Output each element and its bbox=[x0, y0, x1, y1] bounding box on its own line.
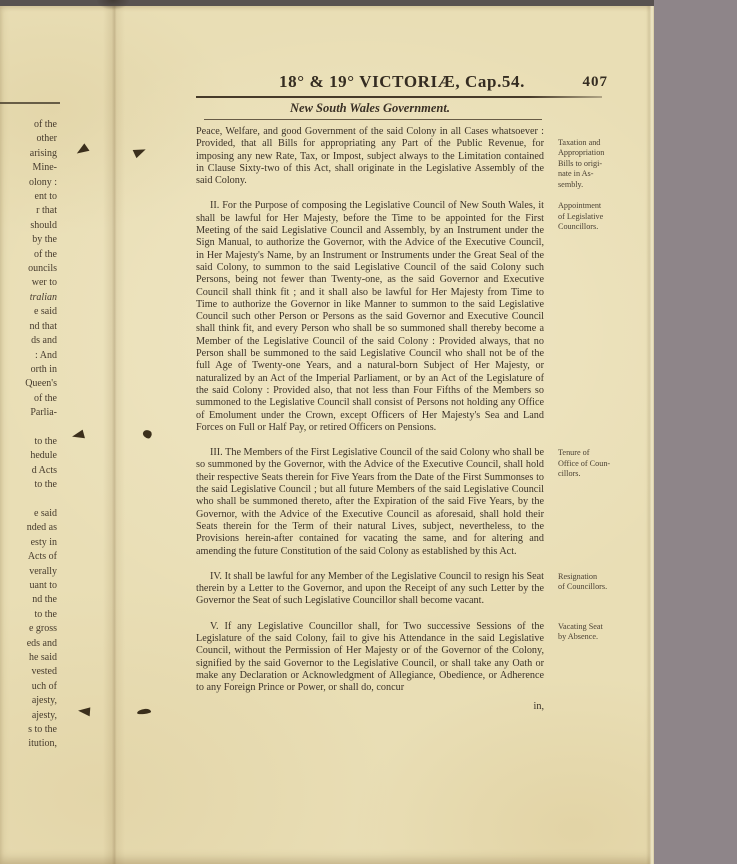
fragment-line: olony : bbox=[0, 176, 57, 190]
fragment-line: ent to bbox=[0, 190, 57, 204]
fragment-line: ajesty, bbox=[0, 694, 57, 708]
page-content: 18° & 19° VICTORIÆ, Cap.54. 407 New Sout… bbox=[196, 72, 650, 712]
fragment-line: he said bbox=[0, 651, 57, 665]
fragment-line: nd that bbox=[0, 320, 57, 334]
fragment-line: uch of bbox=[0, 680, 57, 694]
fragment-line: esty in bbox=[0, 536, 57, 550]
fragment-line: eds and bbox=[0, 637, 57, 651]
subtitle-rule bbox=[204, 119, 542, 120]
fragment-line: Parlia- bbox=[0, 406, 57, 420]
paragraph-text: IV. It shall be lawful for any Member of… bbox=[196, 571, 544, 608]
section-subtitle: New South Wales Government. bbox=[196, 101, 544, 116]
fragment-line: e said bbox=[0, 305, 57, 319]
act-paragraph: Peace, Welfare, and good Government of t… bbox=[196, 126, 544, 187]
fragment-line: : And bbox=[0, 349, 57, 363]
fragment-line: nd the bbox=[0, 593, 57, 607]
fragment-line: e gross bbox=[0, 622, 57, 636]
fragment-line: of the bbox=[0, 248, 57, 262]
page-number: 407 bbox=[583, 74, 609, 91]
fragment-line: other bbox=[0, 132, 57, 146]
running-header-title: 18° & 19° VICTORIÆ, Cap.54. bbox=[196, 72, 608, 92]
fragment-line: uant to bbox=[0, 579, 57, 593]
header-rule bbox=[196, 96, 602, 98]
fragment-line: Queen's bbox=[0, 377, 57, 391]
fragment-line: of the bbox=[0, 118, 57, 132]
act-paragraph: III. The Members of the First Legislativ… bbox=[196, 447, 544, 558]
paragraph-text: II. For the Purpose of composing the Leg… bbox=[196, 200, 544, 434]
fragment-line: tralian bbox=[0, 291, 57, 305]
fragment-line bbox=[0, 421, 57, 435]
margin-note: Vacating Seat by Absence. bbox=[558, 622, 654, 643]
act-paragraph: II. For the Purpose of composing the Leg… bbox=[196, 200, 544, 434]
fragment-line: to the bbox=[0, 608, 57, 622]
fragment-line: d Acts bbox=[0, 464, 57, 478]
margin-note: Tenure of Office of Coun- cillors. bbox=[558, 448, 654, 479]
facing-page-fragments: of theotherarisingMine-olony :ent tor th… bbox=[0, 118, 57, 752]
margin-note: Appointment of Legislative Councillors. bbox=[558, 201, 654, 232]
act-paragraph: IV. It shall be lawful for any Member of… bbox=[196, 571, 544, 608]
fragment-line: ouncils bbox=[0, 262, 57, 276]
fragment-line: orth in bbox=[0, 363, 57, 377]
catchword: in, bbox=[196, 701, 544, 712]
fragment-line: should bbox=[0, 219, 57, 233]
fragment-line bbox=[0, 493, 57, 507]
paragraph-text: Peace, Welfare, and good Government of t… bbox=[196, 126, 544, 187]
fragment-line: Acts of bbox=[0, 550, 57, 564]
fragment-line: e said bbox=[0, 507, 57, 521]
paragraph-text: III. The Members of the First Legislativ… bbox=[196, 447, 544, 558]
act-text-column: Peace, Welfare, and good Government of t… bbox=[196, 126, 544, 712]
fragment-line: Mine- bbox=[0, 161, 57, 175]
fragment-line: of the bbox=[0, 392, 57, 406]
binding-hole-mark bbox=[78, 707, 91, 717]
fragment-line: to the bbox=[0, 478, 57, 492]
fragment-line: wer to bbox=[0, 276, 57, 290]
act-paragraph: V. If any Legislative Councillor shall, … bbox=[196, 621, 544, 695]
paragraph-text: V. If any Legislative Councillor shall, … bbox=[196, 621, 544, 695]
fragment-line: s to the bbox=[0, 723, 57, 737]
gutter-fold-line bbox=[103, 6, 125, 864]
fragment-line: ds and bbox=[0, 334, 57, 348]
fragment-line: arising bbox=[0, 147, 57, 161]
margin-note: Resignation of Councillors. bbox=[558, 572, 654, 593]
fragment-line: by the bbox=[0, 233, 57, 247]
fragment-line: to the bbox=[0, 435, 57, 449]
fragment-line: ajesty, bbox=[0, 709, 57, 723]
fragment-line: r that bbox=[0, 204, 57, 218]
fragment-line: vested bbox=[0, 665, 57, 679]
facing-page-header-rule bbox=[0, 102, 60, 104]
fragment-line: hedule bbox=[0, 449, 57, 463]
fragment-line: itution, bbox=[0, 737, 57, 751]
margin-note: Taxation and Appropriation Bills to orig… bbox=[558, 138, 654, 190]
page-header: 18° & 19° VICTORIÆ, Cap.54. 407 bbox=[196, 72, 608, 94]
fragment-line: nded as bbox=[0, 521, 57, 535]
fragment-line: verally bbox=[0, 565, 57, 579]
